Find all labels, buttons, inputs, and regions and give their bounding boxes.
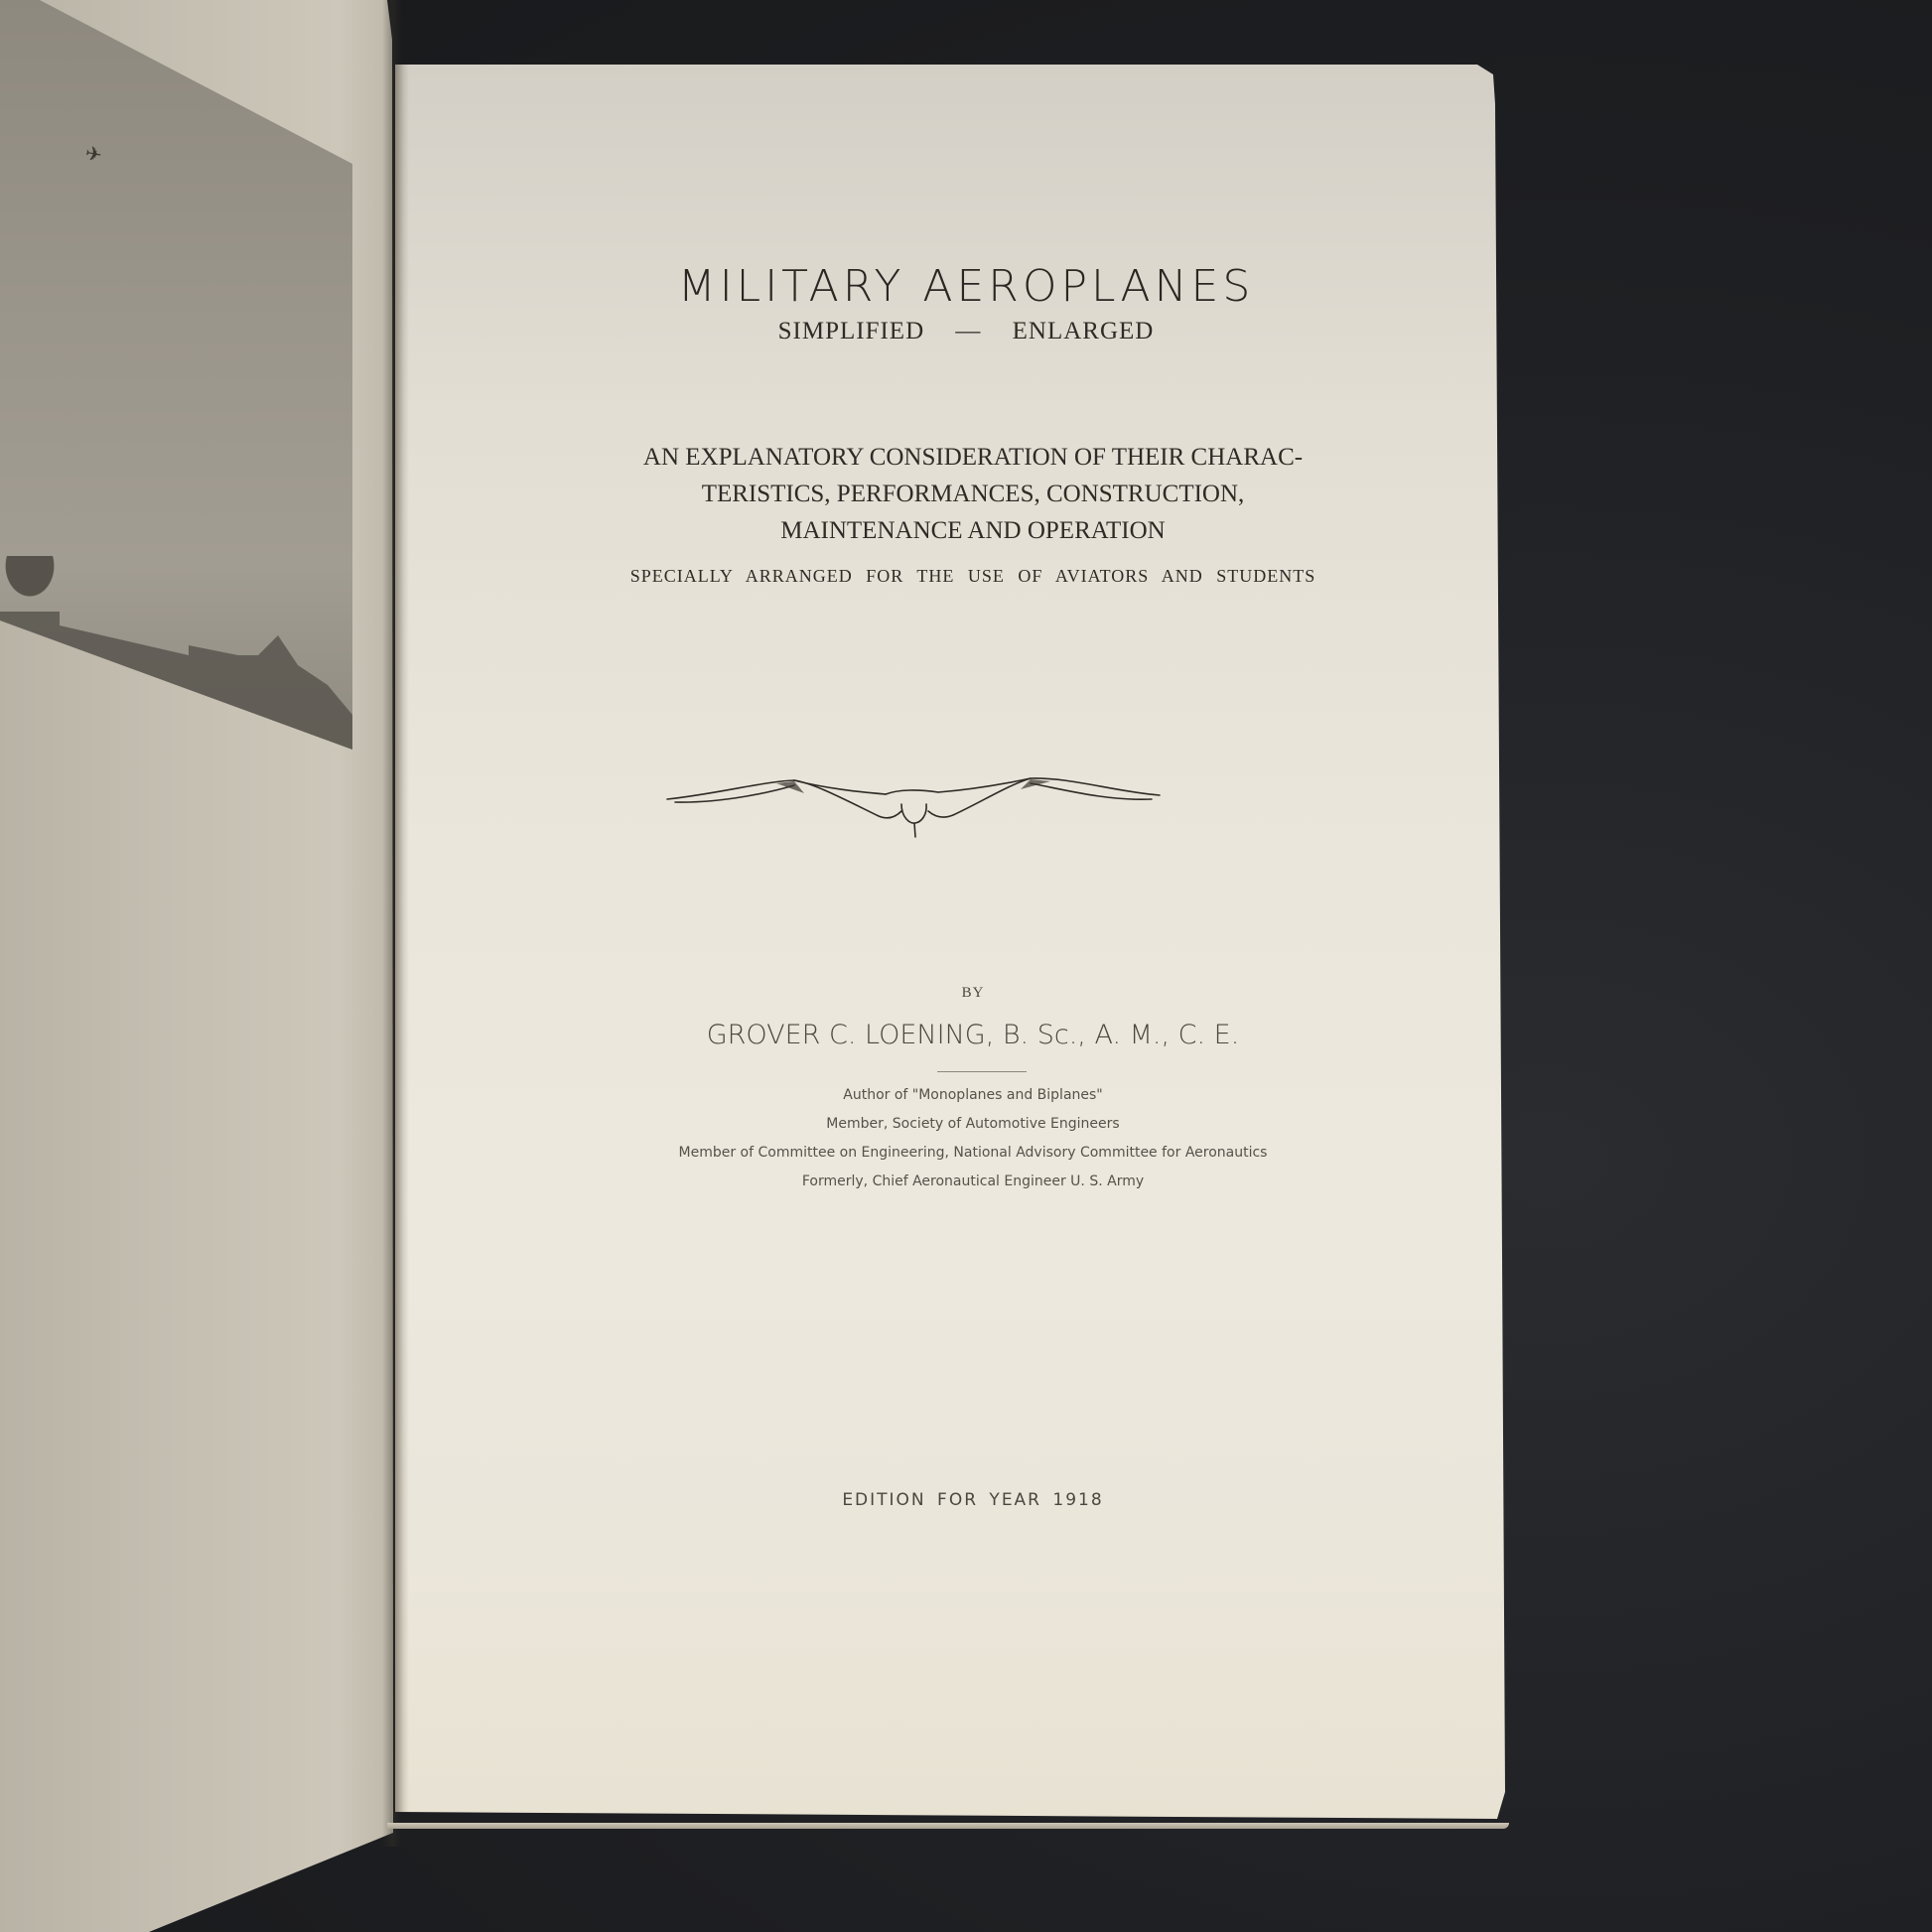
author-name: GROVER C. LOENING, B. Sc., A. M., C. E.	[417, 1020, 1529, 1050]
subtitle-separator: —	[955, 318, 981, 345]
credential-line: Formerly, Chief Aeronautical Engineer U.…	[417, 1168, 1529, 1196]
author-credentials: Author of "Monoplanes and Biplanes" Memb…	[417, 1081, 1529, 1196]
by-label: BY	[417, 985, 1529, 1002]
title-page-content: MILITARY AEROPLANES SIMPLIFIED — ENLARGE…	[395, 65, 1507, 1819]
subtitle-left: SIMPLIFIED	[778, 318, 925, 345]
title-page: MILITARY AEROPLANES SIMPLIFIED — ENLARGE…	[395, 65, 1507, 1819]
edition-label: EDITION FOR YEAR 1918	[417, 1490, 1529, 1510]
photo-plate	[0, 0, 357, 755]
credential-line: Author of "Monoplanes and Biplanes"	[417, 1081, 1529, 1110]
credential-line: Member, Society of Automotive Engineers	[417, 1110, 1529, 1139]
soaring-bird-icon	[655, 759, 1172, 879]
page-stack-edge	[387, 1823, 1509, 1829]
left-page: ✈	[0, 0, 397, 1932]
subtitle-right: ENLARGED	[1013, 318, 1155, 345]
credential-line: Member of Committee on Engineering, Nati…	[417, 1139, 1529, 1168]
book-description: AN EXPLANATORY CONSIDERATION OF THEIR CH…	[417, 439, 1529, 549]
special-note: SPECIALLY ARRANGED FOR THE USE OF AVIATO…	[417, 566, 1529, 587]
description-line: MAINTENANCE AND OPERATION	[417, 512, 1529, 549]
book-subtitle: SIMPLIFIED — ENLARGED	[410, 318, 1522, 345]
book-title: MILITARY AEROPLANES	[410, 261, 1522, 312]
book-scene: ✈ MILITARY AEROPLANES SIMPLIFIED — ENLAR…	[0, 0, 1932, 1932]
description-line: TERISTICS, PERFORMANCES, CONSTRUCTION,	[417, 476, 1529, 512]
author-divider	[937, 1071, 1027, 1072]
description-line: AN EXPLANATORY CONSIDERATION OF THEIR CH…	[417, 439, 1529, 476]
